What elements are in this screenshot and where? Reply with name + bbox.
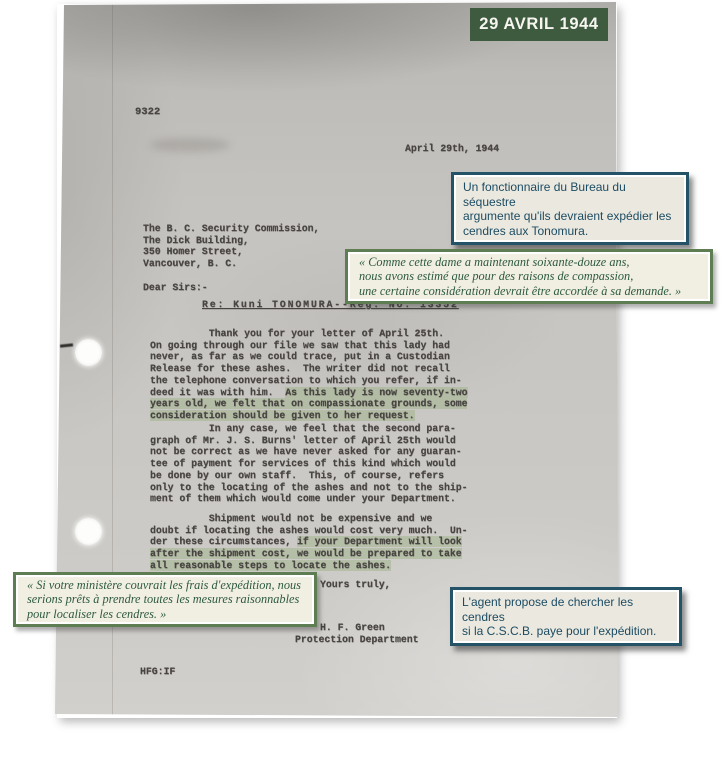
callout-custodian-official: Un fonctionnaire du Bureau du séquestre … bbox=[451, 172, 689, 245]
hole-punch-bottom bbox=[75, 518, 102, 545]
signer-name: H. F. Green bbox=[320, 622, 385, 634]
hole-punch-top bbox=[75, 339, 102, 366]
recipient-address: The B. C. Security Commission,The Dick B… bbox=[143, 223, 319, 270]
salutation: Dear Sirs:- bbox=[143, 282, 208, 294]
letter-paragraph: In any case, we feel that the second par… bbox=[150, 423, 467, 505]
callout-quote-compassion: « Comme cette dame a maintenant soixante… bbox=[345, 249, 713, 304]
archival-letter-page: 9322 April 29th, 1944 The B. C. Security… bbox=[0, 0, 725, 768]
edge-mark bbox=[60, 343, 73, 347]
date-badge: 29 AVRIL 1944 bbox=[470, 8, 608, 41]
letter-paragraph: Thank you for your letter of April 25th.… bbox=[150, 328, 468, 422]
letter-date: April 29th, 1944 bbox=[405, 143, 499, 155]
paper-smudge bbox=[150, 138, 230, 152]
callout-quote-shipping-costs: « Si votre ministère couvrait les frais … bbox=[13, 572, 317, 627]
closing: Yours truly, bbox=[320, 579, 391, 591]
signer-department: Protection Department bbox=[295, 634, 418, 646]
callout-agent-proposal: L'agent propose de chercher les cendres … bbox=[450, 587, 682, 646]
reference-initials: HFG:IF bbox=[140, 666, 175, 678]
file-number: 9322 bbox=[135, 107, 160, 119]
letter-paragraph: Shipment would not be expensive and wedo… bbox=[150, 513, 467, 572]
